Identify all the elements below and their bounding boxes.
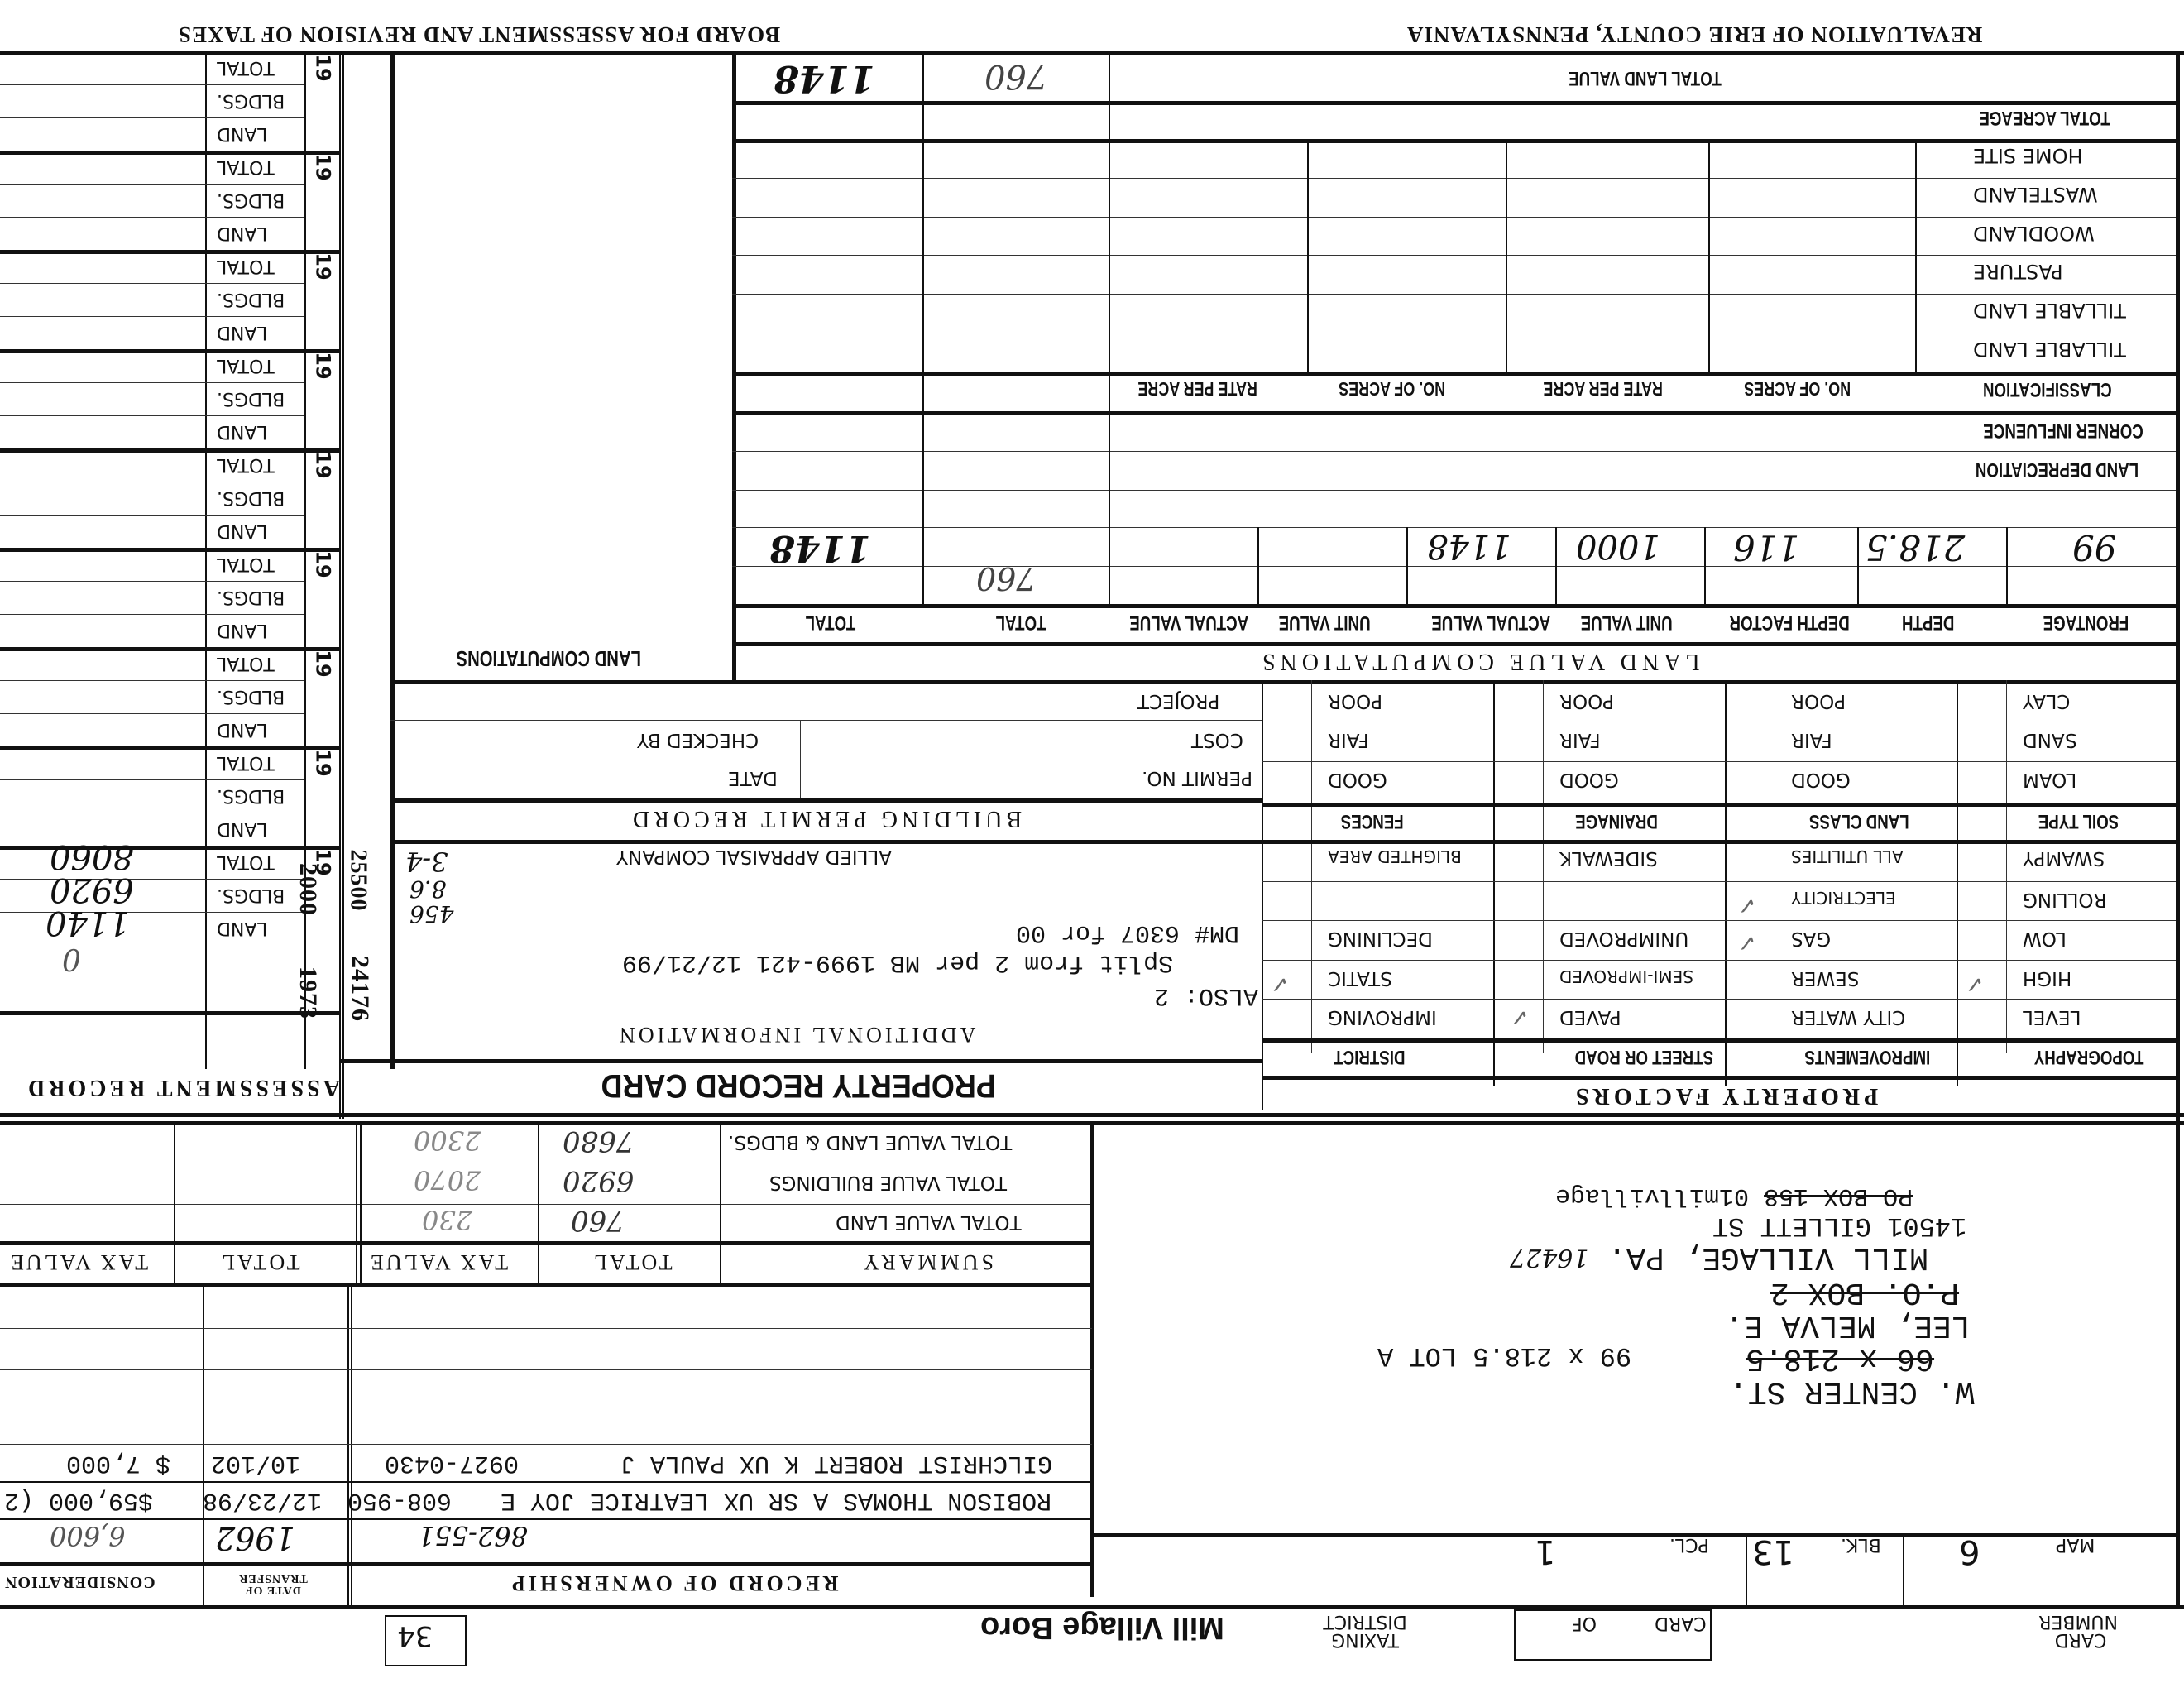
- land-computations-label: LAND COMPUTATIONS: [457, 648, 641, 669]
- col-line: [922, 51, 924, 604]
- row-line: [390, 720, 1262, 721]
- classification-row-label: HOME SITE: [1973, 146, 2083, 165]
- row-line: [1262, 722, 2176, 722]
- property-factor-option: IMPROVING: [1328, 1007, 1437, 1026]
- land-factor-option: GOOD: [1328, 770, 1387, 789]
- property-factor-header: TOPOGRAPHY: [2034, 1047, 2144, 1067]
- summary-col-total: TOTAL: [591, 1251, 673, 1273]
- project-label: PROJECT: [1137, 691, 1219, 710]
- col-line: [2006, 527, 2008, 604]
- land-factor-option: POOR: [1559, 691, 1614, 710]
- col-frontage: FRONTAGE: [2043, 612, 2129, 632]
- col-unit-value-2: UNIT VALUE: [1279, 612, 1371, 632]
- corner-influence-label: CORNER INFLUENCE: [1983, 420, 2143, 440]
- pcl-value: 1: [1535, 1535, 1555, 1568]
- col-actual-value-2: ACTUAL VALUE: [1129, 612, 1248, 632]
- check-mark-icon: ✓: [1270, 972, 1289, 995]
- assessment-label: LAND: [217, 223, 267, 242]
- summary-total-land: 760: [571, 1206, 625, 1235]
- row-line: [1262, 1038, 2176, 1043]
- col-line: [356, 1121, 357, 1283]
- card-label: CARD: [1655, 1614, 1707, 1632]
- assessment-label: LAND: [217, 124, 267, 142]
- property-factor-option: HIGH: [2023, 968, 2071, 987]
- address-line7: PO BOX 15801millvillage: [1555, 1183, 1913, 1208]
- summary-row-label: TOTAL VALUE LAND & BLDGS.: [728, 1132, 1012, 1151]
- col-line: [732, 51, 736, 680]
- stamp-number: 34: [397, 1622, 433, 1650]
- property-factor-header: STREET OR ROAD: [1575, 1047, 1713, 1067]
- deed-ref: 0927-0430: [385, 1451, 519, 1475]
- col-line: [390, 51, 395, 1069]
- owner-name: GILCHRIST ROBERT K UX PAULA J: [620, 1451, 1052, 1475]
- row-line: [0, 316, 304, 317]
- deed-ref: 862-551: [418, 1523, 528, 1549]
- check-mark-icon: ✓: [1965, 972, 1984, 995]
- property-factor-option: STATIC: [1328, 968, 1392, 987]
- acre-col-1: NO. OF ACRES: [1744, 379, 1851, 398]
- col-line: [1109, 51, 1110, 604]
- taxing-district-label: TAXING DISTRICT: [1307, 1612, 1423, 1648]
- transfer-date: 10/102: [211, 1451, 300, 1475]
- col-line: [538, 1121, 539, 1283]
- row-line: [732, 372, 2176, 376]
- col-line: [304, 51, 306, 1069]
- assessment-label: BLDGS.: [217, 290, 285, 308]
- frame-bottom: [0, 1605, 2184, 1609]
- col-line: [1956, 680, 1958, 1086]
- property-factor-option: ROLLING: [2023, 890, 2107, 909]
- summary-col-tax-value: TAX VALUE: [368, 1251, 508, 1273]
- land-factor-option: LOAM: [2023, 770, 2076, 789]
- row-line: [0, 482, 304, 482]
- ownership-row: ROBISON THOMAS A SR UX LEATRICE JOY E 60…: [0, 1481, 1092, 1518]
- col-line: [1493, 680, 1495, 1086]
- col-line: [1704, 527, 1706, 604]
- property-factor-option: SWAMPY: [2023, 848, 2105, 867]
- row-line: [0, 1283, 1092, 1287]
- row-line: [732, 101, 2176, 105]
- card-number-label: CARD NUMBER: [2043, 1612, 2118, 1648]
- classification-row-label: WOODLAND: [1973, 223, 2095, 243]
- assessment-record-title: ASSESSMENT RECORD: [25, 1076, 340, 1099]
- consideration-label: CONSIDERATION: [4, 1574, 156, 1590]
- total-760: 760: [976, 563, 1037, 594]
- assessment-label: LAND: [217, 621, 267, 639]
- row-line: [732, 642, 2176, 646]
- assessment-label: BLDGS.: [217, 91, 285, 109]
- transfer-date: 1962: [215, 1523, 295, 1554]
- assessment-label: BLDGS.: [217, 587, 285, 606]
- row-line: [1262, 803, 2176, 807]
- land-factor-header: DRAINAGE: [1575, 811, 1658, 831]
- col-line: [1555, 527, 1557, 604]
- col-line: [2006, 680, 2007, 1053]
- row-line: [732, 604, 2176, 608]
- assessment-label: TOTAL: [217, 654, 275, 672]
- row-line: [732, 490, 2176, 491]
- assessment-label: BLDGS.: [217, 190, 285, 209]
- property-factor-option: SEWER: [1791, 968, 1859, 987]
- land-factor-option: FAIR: [1791, 730, 1832, 749]
- col-depth-factor: DEPTH FACTOR: [1729, 612, 1849, 632]
- blk-value: 13: [1752, 1535, 1794, 1568]
- assessment-label: LAND: [217, 422, 267, 440]
- summary-total-bldgs: 6920: [563, 1167, 635, 1195]
- col-line: [1257, 527, 1259, 604]
- row-line: [390, 798, 1262, 803]
- year-prefix: 19: [314, 252, 333, 280]
- group-line: [0, 1011, 339, 1015]
- map-label: MAP: [2056, 1535, 2095, 1553]
- address-suffix: 01millvillage: [1555, 1182, 1749, 1210]
- land-factor-option: FAIR: [1328, 730, 1369, 749]
- ownership-title: RECORD OF OWNERSHIP: [509, 1572, 839, 1594]
- property-factor-option: GAS: [1791, 928, 1831, 947]
- row-line: [0, 779, 304, 780]
- year-prefix: 19: [314, 550, 333, 578]
- land-factor-option: SAND: [2023, 730, 2077, 749]
- acre-col-3: NO. OF ACRES: [1339, 379, 1445, 398]
- check-mark-icon: ✓: [1737, 894, 1756, 917]
- row-line: [732, 217, 2176, 218]
- row-line: [0, 1241, 1092, 1245]
- acre-col-2: RATE PER ACRE: [1543, 379, 1663, 398]
- year-prefix: 19: [314, 352, 333, 379]
- assessment-label: BLDGS.: [217, 488, 285, 506]
- col-line: [342, 51, 344, 1119]
- total-land-value-760: 760: [984, 60, 1047, 93]
- zip-handwritten: 16427: [1510, 1243, 1588, 1272]
- col-line: [1915, 141, 1917, 376]
- row-line: [732, 255, 2176, 256]
- row-line: [732, 139, 2176, 143]
- consideration: 6,600: [50, 1523, 126, 1549]
- additional-info-line1: ALSO: 2: [1154, 983, 1258, 1008]
- col-depth: DEPTH: [1902, 612, 1954, 632]
- col-line: [1307, 141, 1309, 376]
- col-line: [720, 1121, 721, 1283]
- property-factor-header: IMPROVEMENTS: [1804, 1047, 1930, 1067]
- row-line: [0, 184, 304, 185]
- classification-label: CLASSIFICATION: [1983, 379, 2112, 399]
- row-line: [0, 1204, 1092, 1205]
- property-record-card-title: PROPERTY RECORD CARD: [601, 1069, 996, 1102]
- property-factor-option: BLIGHTED AREA: [1328, 848, 1462, 865]
- assessment-label: TOTAL: [217, 58, 275, 76]
- total-land-value-label: TOTAL LAND VALUE: [1569, 68, 1722, 88]
- property-factor-option: PAVED: [1559, 1007, 1621, 1026]
- summary-tax-bldgs: 2070: [414, 1167, 481, 1193]
- classification-row-label: TILLABLE LAND: [1973, 339, 2126, 359]
- actual-value: 1148: [1427, 530, 1511, 563]
- map-value: 6: [1959, 1535, 1980, 1568]
- land-factor-option: FAIR: [1559, 730, 1601, 749]
- row-line: [0, 515, 304, 516]
- land-value-computations-title: LAND VALUE COMPUTATIONS: [1257, 650, 1700, 673]
- col-line: [1725, 680, 1727, 1086]
- land-factor-option: GOOD: [1791, 770, 1851, 789]
- of-label: OF: [1572, 1614, 1597, 1632]
- assessment-2000-total: 8060: [50, 840, 134, 873]
- row-line: [0, 614, 304, 615]
- assessment-year-2000: 2000: [295, 863, 320, 916]
- year-prefix: 19: [314, 650, 333, 677]
- land-factor-option: CLAY: [2023, 691, 2070, 710]
- assessment-label: TOTAL: [217, 257, 275, 275]
- assessment-label: BLDGS.: [217, 786, 285, 804]
- assessment-label: TOTAL: [217, 157, 275, 175]
- row-line: [0, 217, 304, 218]
- assessment-label: BLDGS.: [217, 687, 285, 705]
- permit-no-label: PERMIT NO.: [1142, 768, 1252, 787]
- year-prefix: 19: [314, 54, 333, 81]
- col-actual-value: ACTUAL VALUE: [1431, 612, 1550, 632]
- row-line: [390, 760, 1262, 760]
- classification-row-label: TILLABLE LAND: [1973, 300, 2126, 320]
- summary-col-total2: TOTAL: [219, 1251, 300, 1273]
- date-label: DATE: [728, 768, 778, 787]
- col-line: [800, 720, 801, 798]
- frame-top: [318, 51, 2184, 55]
- property-factor-option: LOW: [2023, 928, 2067, 947]
- col-line: [1903, 1533, 1904, 1605]
- row-line: [0, 415, 304, 416]
- assessment-label: TOTAL: [217, 554, 275, 573]
- row-line: [0, 879, 304, 880]
- summary-total-land-bldgs: 7680: [563, 1127, 635, 1155]
- lot-size-struck: 66 x 218.5: [1746, 1342, 1934, 1374]
- assessment-label: LAND: [217, 521, 267, 539]
- year-prefix: 19: [314, 451, 333, 478]
- revaluation-header: REVALUATION OF ERIE COUNTY, PENNSYLVANIA: [1406, 23, 1982, 46]
- total-acreage-label: TOTAL ACREAGE: [1979, 108, 2110, 127]
- row-line: [1262, 761, 2176, 762]
- lot-size: 99 x 218.5 LOT A: [1377, 1342, 1631, 1369]
- assessment-label: LAND: [217, 819, 267, 837]
- summary-row-label: TOTAL VALUE BUILDINGS: [769, 1172, 1007, 1192]
- additional-info-line2: Split from 2 per MB 1999-421 12/21/99: [622, 950, 1173, 975]
- col-line: [1262, 680, 1263, 1110]
- row-line: [732, 451, 2176, 452]
- land-factor-header: LAND CLASS: [1809, 811, 1909, 831]
- property-factor-option: CITY WATER: [1791, 1007, 1905, 1026]
- assessment-label: LAND: [217, 918, 267, 937]
- assessment-stamp-25500: 25500: [347, 850, 370, 912]
- row-line: [0, 713, 304, 714]
- frontage-value: 99: [2072, 530, 2116, 564]
- land-factor-option: POOR: [1328, 691, 1382, 710]
- row-line: [1262, 999, 2176, 1000]
- owner-name: ROBISON THOMAS A SR UX LEATRICE JOY E: [500, 1488, 1051, 1513]
- row-line: [0, 84, 304, 85]
- classification-row-label: WASTELAND: [1973, 185, 2098, 204]
- ownership-row: GILCHRIST ROBERT K UX PAULA J 0927-0430 …: [0, 1444, 1092, 1481]
- unit-value: 1000: [1576, 530, 1660, 563]
- row-line: [732, 294, 2176, 295]
- pcl-label: PCL.: [1669, 1535, 1709, 1553]
- assessment-label: LAND: [217, 720, 267, 738]
- col-total-2: TOTAL: [806, 612, 856, 632]
- appraiser-label: ALLIED APPRAISAL COMPANY: [616, 846, 892, 866]
- col-line: [1406, 527, 1408, 604]
- land-factor-header: SOIL TYPE: [2038, 811, 2119, 831]
- handwritten-note: 456: [409, 902, 453, 925]
- handwritten-note: 3-4: [405, 848, 448, 875]
- row-line: [732, 333, 2176, 333]
- city-state: MILL VILLAGE, PA.: [1607, 1240, 1928, 1275]
- row-line: [0, 1369, 1092, 1370]
- summary-tax-land-bldgs: 2300: [414, 1127, 481, 1153]
- col-line: [1311, 680, 1312, 1053]
- board-header: BOARD FOR ASSESSMENT AND REVISION OF TAX…: [178, 23, 780, 46]
- summary-col-tax-value2: TAX VALUE: [8, 1251, 148, 1273]
- additional-info-title: ADDITIONAL INFORMATION: [616, 1024, 975, 1045]
- additional-info-line3: DM# 6307 for 00: [1016, 920, 1239, 945]
- acre-col-4: RATE PER ACRE: [1137, 379, 1257, 398]
- row-line: [339, 1059, 1262, 1063]
- row-line: [1092, 1533, 2177, 1537]
- summary-tax-land: 230: [422, 1206, 472, 1233]
- assessment-year-1973: 1973: [295, 966, 320, 1019]
- assessment-label: TOTAL: [217, 455, 275, 473]
- consideration: $59,000 (2: [4, 1488, 153, 1513]
- year-prefix: 19: [314, 153, 333, 180]
- property-factor-option: UNIMPROVED: [1559, 928, 1688, 947]
- assessment-label: BLDGS.: [217, 389, 285, 407]
- row-line: [390, 840, 1262, 844]
- row-line: [732, 411, 2176, 415]
- blk-label: BLK.: [1841, 1535, 1881, 1553]
- col-line: [1746, 1533, 1747, 1605]
- check-mark-icon: ✓: [1737, 931, 1756, 954]
- row-line: [1262, 840, 2176, 844]
- row-line: [1262, 960, 2176, 961]
- row-line: [0, 117, 304, 118]
- row-line: [732, 178, 2176, 179]
- assessment-label: TOTAL: [217, 753, 275, 771]
- col-line: [339, 51, 341, 1119]
- col-line: [1506, 141, 1507, 376]
- ownership-row: 862-551 1962 6,600: [0, 1518, 1092, 1560]
- assessment-2000-bldgs: 6920: [50, 873, 134, 906]
- summary-row-label: TOTAL VALUE LAND: [836, 1212, 1022, 1231]
- assessment-stamp-24176: 24176: [347, 956, 372, 1022]
- assessment-label: TOTAL: [217, 852, 275, 870]
- row-line: [1262, 920, 2176, 921]
- consideration: $ 7,000: [66, 1451, 170, 1475]
- row-line: [0, 283, 304, 284]
- row-line: [0, 1562, 1092, 1566]
- transfer-date: 12/23/98: [203, 1488, 322, 1513]
- assessment-label: BLDGS.: [217, 885, 285, 904]
- land-factor-option: POOR: [1791, 691, 1846, 710]
- land-factor-option: GOOD: [1559, 770, 1619, 789]
- owner-name: LEE, MELVA E.: [1725, 1309, 1970, 1340]
- property-factor-option: ALL UTILITIES: [1791, 848, 1904, 865]
- row-line: [1262, 881, 2176, 882]
- col-line: [174, 1121, 175, 1283]
- row-line: [0, 382, 304, 383]
- year-prefix: 19: [314, 749, 333, 776]
- assessment-2000-land: 1140: [45, 906, 130, 939]
- row-line: [390, 680, 2177, 684]
- street-address: W. CENTER ST.: [1729, 1375, 1974, 1407]
- property-factor-header: DISTRICT: [1334, 1047, 1405, 1067]
- handwritten-note: 8.6: [409, 877, 447, 900]
- land-factor-header: FENCES: [1341, 811, 1404, 831]
- deed-ref: 608-950: [347, 1488, 452, 1513]
- struck-po-box: PO BOX 158: [1764, 1182, 1913, 1210]
- col-line: [1857, 527, 1859, 604]
- row-line: [0, 813, 304, 813]
- classification-row-label: PASTURE: [1973, 261, 2063, 281]
- land-depreciation-label: LAND DEPRECIATION: [1976, 459, 2138, 479]
- row-line: [0, 1328, 1092, 1329]
- col-line: [360, 1121, 362, 1283]
- row-line: [0, 680, 304, 681]
- total-1148: 1148: [769, 530, 870, 566]
- date-of-transfer-label: DATE OF TRANSFER: [211, 1572, 335, 1595]
- cost-label: COST: [1191, 730, 1243, 749]
- property-factor-option: SIDEWALK: [1559, 848, 1658, 867]
- col-unit-value: UNIT VALUE: [1581, 612, 1673, 632]
- row-line: [1262, 1076, 2176, 1080]
- address-line4-struck: P.O. BOX 2: [1770, 1276, 1959, 1307]
- row-line: [0, 1407, 1092, 1407]
- taxing-district-value: Mill Village Boro: [980, 1612, 1224, 1643]
- depth-factor-value: 116: [1733, 530, 1799, 564]
- building-permit-title: BUILDING PERMIT RECORD: [629, 807, 1022, 830]
- col-total: TOTAL: [996, 612, 1046, 632]
- depth-value: 218.5: [1865, 530, 1965, 564]
- property-factor-option: SEMI-IMPROVED: [1559, 968, 1693, 985]
- assessment-label: LAND: [217, 323, 267, 341]
- row-line: [0, 1163, 1092, 1163]
- checked-by-label: CHECKED BY: [637, 730, 759, 749]
- total-land-value-1148: 1148: [773, 60, 874, 96]
- col-line: [205, 51, 207, 1069]
- row-line: [339, 1113, 1262, 1115]
- property-factor-option: ELECTRICITY: [1791, 890, 1896, 906]
- summary-title: SUMMARY: [860, 1251, 994, 1273]
- col-line: [1543, 680, 1544, 1053]
- address-line6: 14501 GILLETT ST: [1712, 1212, 1966, 1239]
- frame-right: [2176, 51, 2180, 1607]
- property-factors-title: PROPERTY FACTORS: [1572, 1084, 1878, 1107]
- col-line: [1708, 141, 1710, 376]
- assessment-label: TOTAL: [217, 356, 275, 374]
- address-line5: MILL VILLAGE, PA. 16427: [1510, 1241, 1928, 1273]
- row-line: [0, 581, 304, 582]
- property-factor-option: DECLINING: [1328, 928, 1433, 947]
- property-factor-option: LEVEL: [2023, 1007, 2081, 1026]
- assessment-1973-total: 0: [62, 943, 81, 973]
- check-mark-icon: ✓: [1510, 1005, 1529, 1029]
- col-line: [1774, 680, 1775, 1053]
